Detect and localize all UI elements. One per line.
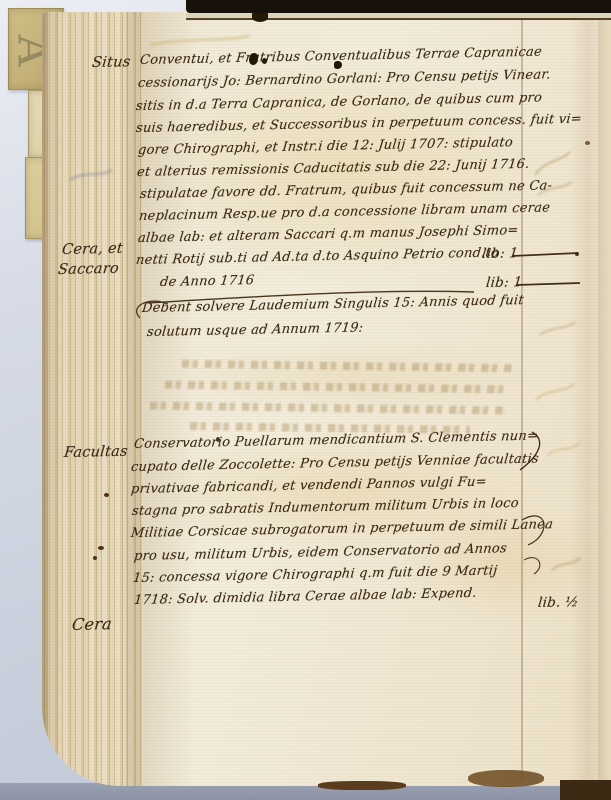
ink-speck <box>93 556 97 560</box>
binding-top-shadow <box>186 0 611 13</box>
entry1-amount-1: lib: 1 <box>481 247 519 261</box>
page-right-edge <box>598 12 611 786</box>
entry1-line: de Anno 1716 <box>159 274 255 289</box>
ink-speck <box>575 252 579 256</box>
margin-label-situs: Situs <box>91 55 131 70</box>
ink-speck <box>104 493 109 497</box>
ink-blot <box>262 58 267 64</box>
ink-speck <box>98 546 104 550</box>
entry3-amount: lib. ½ <box>537 596 579 610</box>
bottom-right-corner-dark <box>560 780 611 800</box>
ink-speck <box>585 141 590 145</box>
margin-label-cera: Cera <box>71 616 113 633</box>
margin-label-cera-et: Cera, et <box>61 242 123 258</box>
page-top-edge-line <box>186 18 611 20</box>
top-edge-notch <box>252 13 268 22</box>
bottom-edge-stain <box>318 781 406 790</box>
margin-label-saccaro: Saccaro <box>57 262 119 278</box>
margin-ruled-line <box>521 20 523 780</box>
margin-label-facultas: Facultas <box>63 445 128 461</box>
entry1-amount-2: lib: 1 <box>485 276 523 290</box>
ink-speck <box>216 437 220 442</box>
bottom-edge-stain <box>468 770 544 787</box>
